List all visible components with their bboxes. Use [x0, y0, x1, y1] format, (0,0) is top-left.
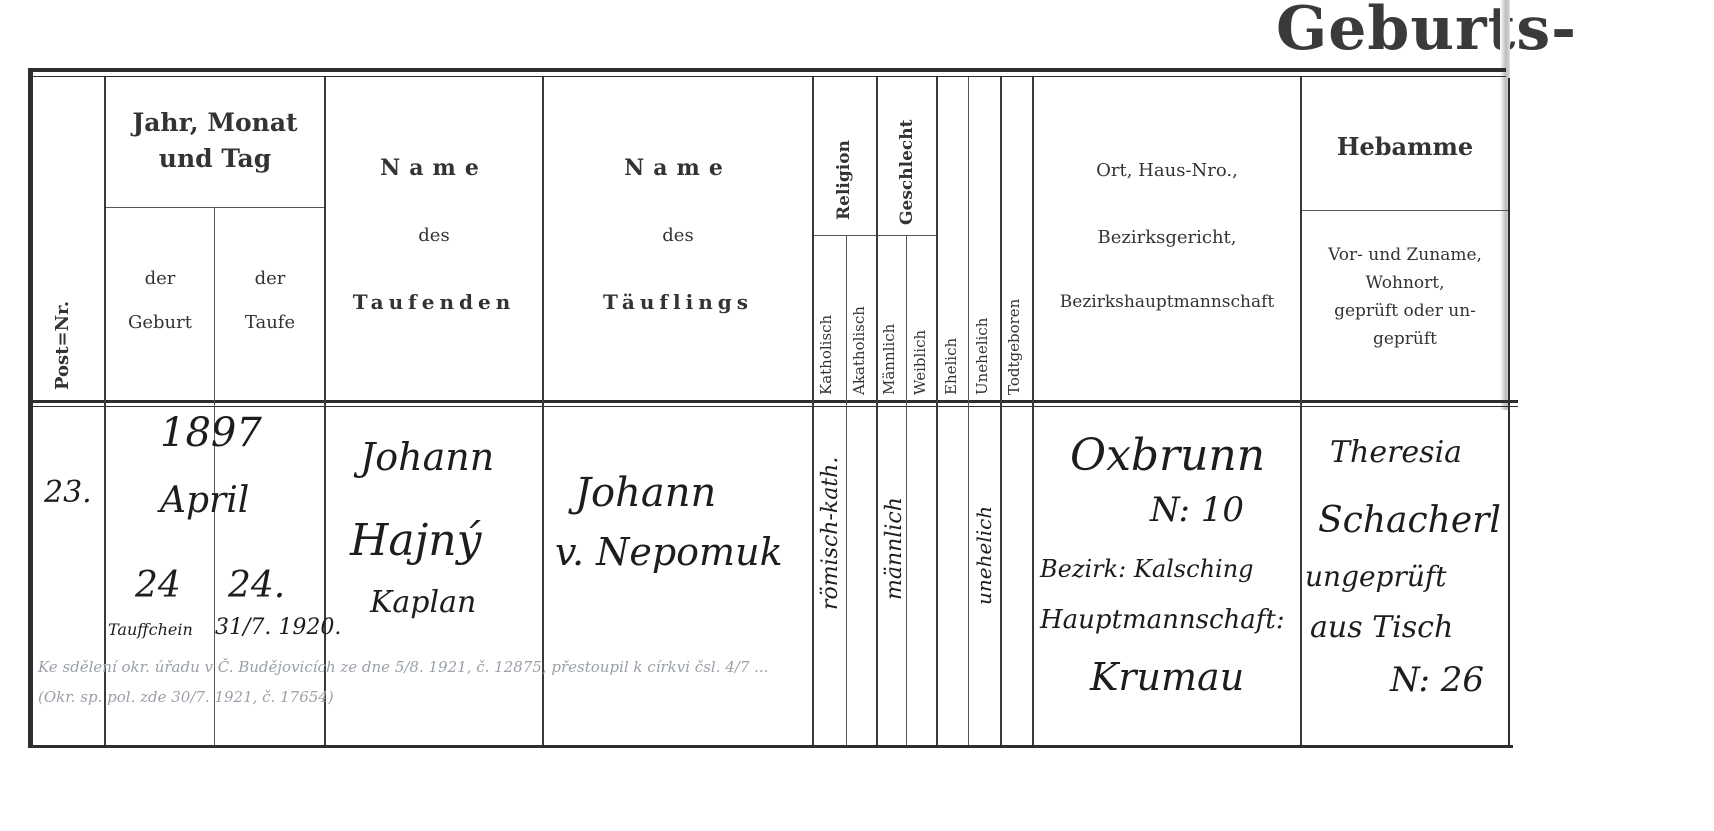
entry-baptizer-last: Hajný — [350, 515, 481, 566]
header-place-1: Ort, Haus-Nro., — [1034, 160, 1300, 181]
midwife-subheader-line — [1302, 210, 1508, 211]
col-sep-9 — [1300, 77, 1302, 745]
header-bottom-border-inner — [28, 406, 1518, 407]
top-border — [28, 68, 1506, 72]
header-child-des: des — [544, 225, 812, 246]
header-baptizer-name: Name — [326, 155, 542, 181]
header-stillborn: Todtgeboren — [1005, 245, 1023, 395]
header-religion: Religion — [834, 110, 854, 220]
header-birth-der: der — [106, 268, 214, 289]
header-baptism-der: der — [216, 268, 324, 289]
entry-midwife-first: Theresia — [1330, 435, 1462, 470]
entry-year: 1897 — [160, 410, 262, 456]
left-border-header — [28, 68, 33, 403]
sex-subheader-line — [878, 235, 936, 236]
entry-legitimacy: unehelich — [972, 425, 996, 605]
register-title: Geburts- — [1276, 0, 1577, 64]
header-sex-female: Weiblich — [911, 280, 929, 395]
entry-child-first: Johann — [575, 470, 716, 516]
header-midwife-sub-1: Vor- und Zuname, — [1302, 242, 1508, 268]
header-bottom-border — [28, 400, 1518, 403]
header-date-group: Jahr, Monat und Tag — [106, 105, 324, 177]
header-sex-male: Männlich — [880, 265, 898, 395]
entry-note-date: 31/7. 1920. — [215, 615, 341, 640]
entry-midwife-status: ungeprüft — [1305, 560, 1447, 593]
top-border-inner — [28, 76, 1506, 77]
header-baptizer: Taufenden — [326, 290, 542, 314]
entry-midwife-house: N: 26 — [1390, 660, 1484, 700]
pencil-note-line2: (Okr. sp. pol. zde 30/7. 1921, č. 17654) — [38, 688, 334, 706]
col-sep-legit — [968, 77, 969, 745]
entry-note-word: Tauffchein — [108, 620, 193, 639]
entry-month: April — [160, 480, 249, 521]
entry-midwife-residence: aus Tisch — [1310, 610, 1453, 645]
entry-baptizer-first: Johann — [360, 435, 494, 479]
col-sep-7 — [1000, 77, 1002, 745]
entry-post-nr: 23. — [44, 475, 92, 510]
header-baptizer-des: des — [326, 225, 542, 246]
header-religion-acatholic: Akatholisch — [850, 240, 868, 395]
header-post-nr: Post=Nr. — [52, 280, 73, 390]
header-midwife-sub-4: geprüft — [1302, 326, 1508, 352]
entry-place-captaincy: Hauptmannschaft: — [1040, 605, 1285, 635]
entry-place-village: Oxbrunn — [1070, 430, 1265, 481]
header-midwife-sub-2: Wohnort, — [1302, 270, 1508, 296]
header-birth: Geburt — [106, 312, 214, 333]
entry-baptism-day: 24. — [228, 565, 285, 606]
header-illegitimate: Unehelich — [973, 275, 991, 395]
header-midwife-sub-3: geprüft oder un- — [1302, 298, 1508, 324]
col-sep-4 — [812, 77, 814, 745]
left-border-body — [28, 403, 33, 745]
entry-midwife-last: Schacherl — [1318, 500, 1501, 541]
entry-place-district: Bezirk: Kalsching — [1040, 555, 1254, 583]
entry-birth-day: 24 — [135, 565, 181, 606]
header-child-name: Name — [544, 155, 812, 181]
pencil-note-line1: Ke sdělení okr. úřadu v Č. Budějovicích … — [38, 658, 768, 676]
col-sep-1 — [104, 77, 106, 745]
entry-sex: männlich — [882, 440, 907, 600]
col-sep-religion — [846, 235, 847, 745]
header-religion-catholic: Katholisch — [817, 245, 835, 395]
col-sep-5 — [876, 77, 878, 745]
entry-religion: römisch-kath. — [818, 410, 843, 610]
header-place-2: Bezirksgericht, — [1034, 227, 1300, 248]
entry-place-town: Krumau — [1090, 655, 1244, 699]
header-sex: Geschlecht — [897, 105, 917, 225]
date-subheader-line — [106, 207, 324, 208]
col-sep-6 — [936, 77, 938, 745]
entry-place-house: N: 10 — [1150, 490, 1244, 530]
header-baptism: Taufe — [216, 312, 324, 333]
header-place-3: Bezirkshauptmannschaft — [1034, 292, 1300, 312]
right-border — [1508, 78, 1510, 748]
entry-child-second: v. Nepomuk — [555, 530, 783, 574]
header-midwife: Hebamme — [1302, 132, 1508, 161]
header-child: Täuflings — [544, 290, 812, 314]
header-legitimate: Ehelich — [942, 300, 960, 395]
religion-subheader-line — [814, 235, 876, 236]
bottom-border — [28, 745, 1513, 748]
entry-baptizer-title: Kaplan — [370, 585, 476, 620]
